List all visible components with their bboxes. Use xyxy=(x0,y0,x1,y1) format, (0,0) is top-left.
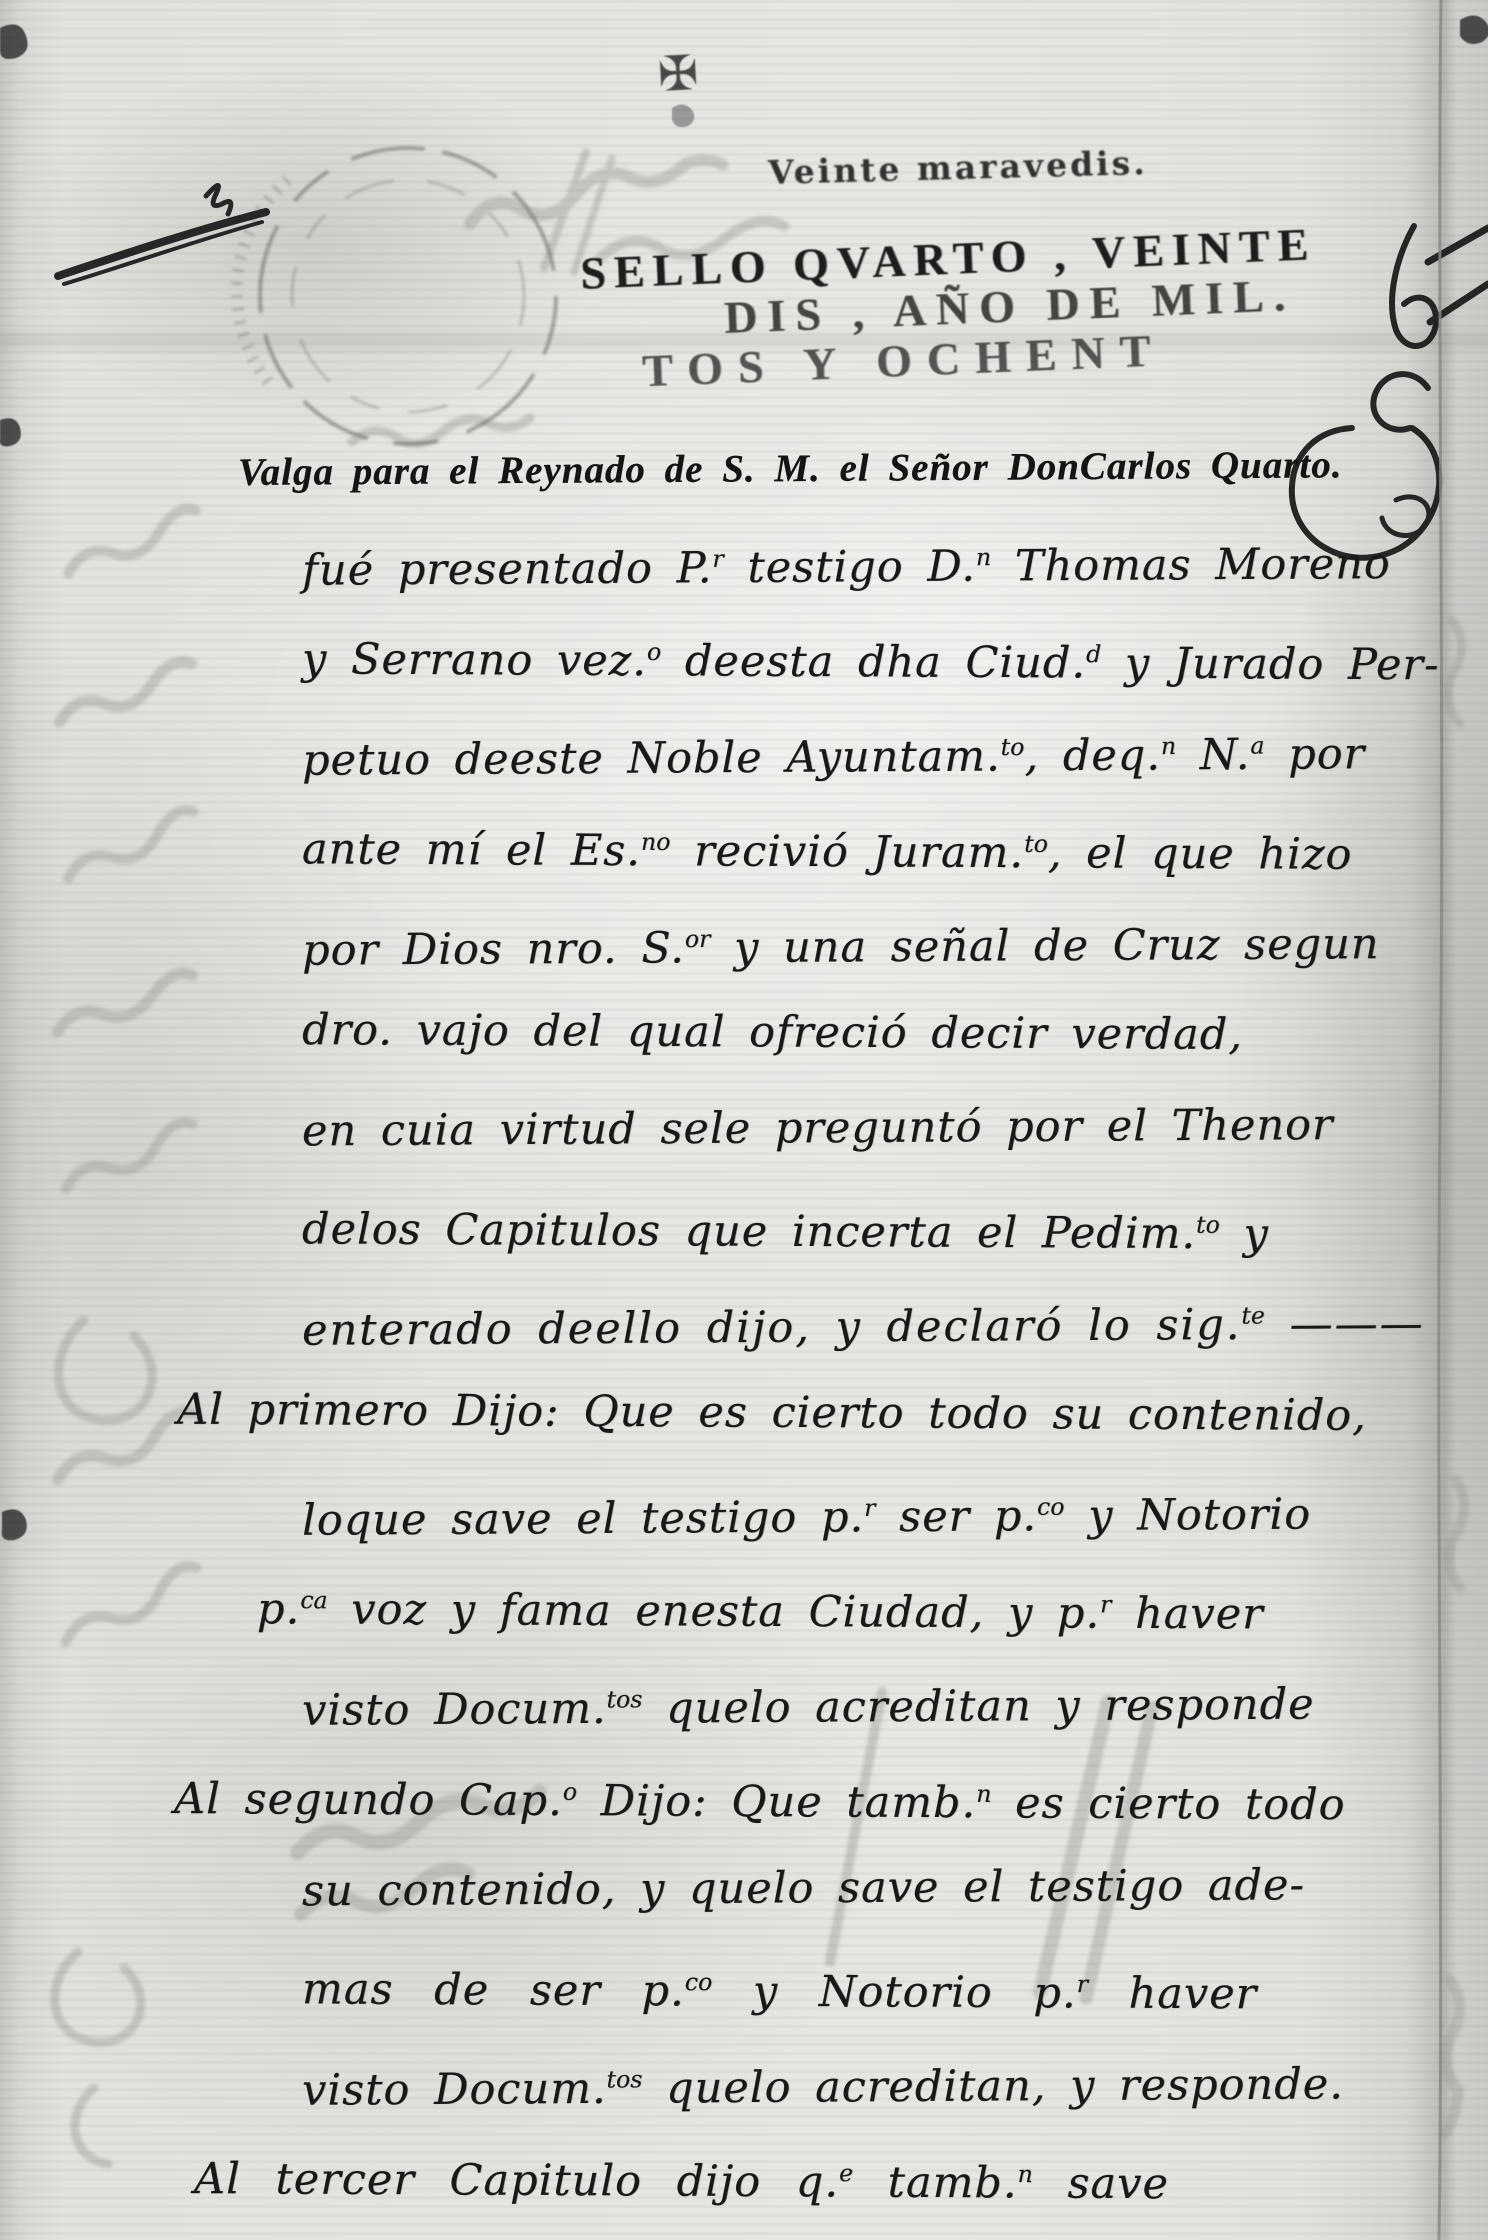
manuscript-line: loque save el testigo p.r ser p.co y Not… xyxy=(302,1463,1423,1565)
manuscript-line: y Serrano vez.o deesta dha Ciud.d y Jura… xyxy=(302,608,1422,709)
page-edge-line xyxy=(1439,0,1442,2240)
manuscript-line: visto Docum.tos quelo acreditan y respon… xyxy=(302,1653,1423,1755)
manuscript-line: dro. vajo del qual ofreció decir verdad, xyxy=(302,988,1422,1089)
cross-ornament-icon: ✠ xyxy=(657,45,700,103)
stamp-header: SELLO QVARTO , VEINTE DIS , AÑO DE MIL. … xyxy=(579,219,1321,398)
manuscript-line: en cuia virtud sele preguntó por el Then… xyxy=(302,1083,1423,1185)
manuscript-line: su contenido, y quelo save el testigo ad… xyxy=(302,1843,1423,1945)
stamp-overprint-text: Veinte maravedis. xyxy=(768,143,1149,192)
manuscript-line: visto Docum.tos quelo acreditan, y respo… xyxy=(302,2033,1423,2135)
manuscript-line: p.ca voz y fama enesta Ciudad, y p.r hav… xyxy=(257,1558,1422,1659)
manuscript-line: delos Capitulos que incerta el Pedim.to … xyxy=(302,1178,1422,1279)
pen-rubric-right-margin xyxy=(1292,226,1488,558)
manuscript-line: mas de ser p.co y Notorio p.r haver xyxy=(302,1938,1422,2039)
manuscript-line: Al segundo Cap.o Dijo: Que tamb.n es cie… xyxy=(174,1748,1422,1850)
printed-validation-line: Valga para el Reynado de S. M. el Señor … xyxy=(238,442,1378,495)
manuscript-line: ante mí el Es.no recivió Juram.to, el qu… xyxy=(302,798,1422,899)
manuscript-line: petuo deeste Noble Ayuntam.to, deq.n N.a… xyxy=(302,703,1423,805)
manuscript-line: fué presentado P.r testigo D.n Thomas Mo… xyxy=(302,513,1423,615)
pen-rubric-top-left xyxy=(58,185,266,284)
manuscript-line: Al primero Dijo: Que es cierto todo su c… xyxy=(177,1368,1422,1470)
manuscript-line: enterado deello dijo, y declaró lo sig.t… xyxy=(302,1273,1423,1375)
manuscript-line: Al tercer Capitulo dijo q.e tamb.n save xyxy=(194,2128,1422,2229)
manuscript-text: fué presentado P.r testigo D.n Thomas Mo… xyxy=(302,516,1422,2226)
manuscript-line: por Dios nro. S.or y una señal de Cruz s… xyxy=(302,893,1423,995)
wax-seal-outline-icon xyxy=(237,148,556,444)
manuscript-page: ✠ Veinte maravedis. SELLO QVARTO , VEINT… xyxy=(0,0,1488,2240)
